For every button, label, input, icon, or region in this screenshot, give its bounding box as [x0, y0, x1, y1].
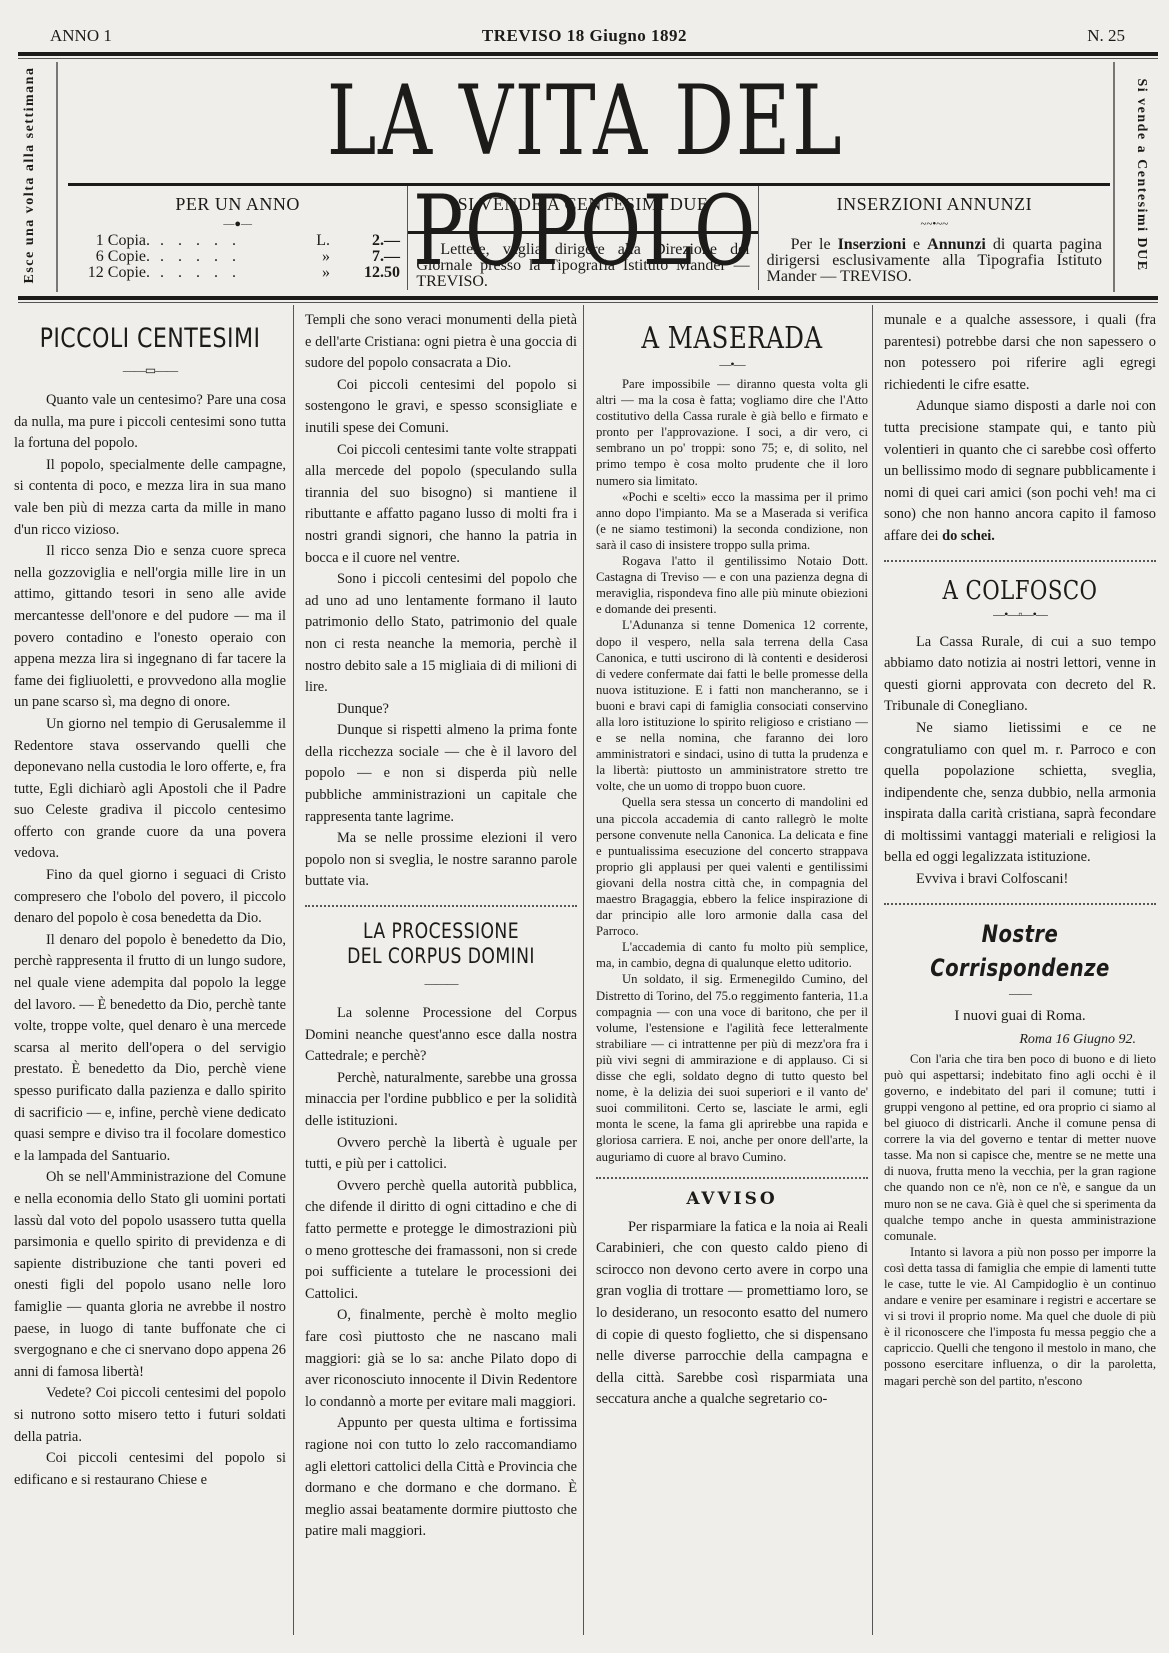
paragraph: Con l'aria che tira ben poco di buono e …: [884, 1051, 1156, 1244]
divider: [884, 560, 1156, 562]
paragraph: Pare impossibile — diranno questa volta …: [596, 376, 868, 489]
column-rule: [583, 305, 584, 1635]
paragraph: Coi piccoli centesimi del popolo si sost…: [305, 375, 577, 440]
price-list: 1 Copia......L.2.—6 Copie......»7.—12 Co…: [80, 233, 407, 281]
paragraph: Evviva i bravi Colfoscani!: [884, 869, 1156, 891]
article-body: La solenne Processione del Corpus Domini…: [305, 1003, 577, 1543]
paragraph: Fino da quel giorno i seguaci di Cristo …: [14, 865, 286, 930]
paragraph: Vedete? Coi piccoli centesimi del popolo…: [14, 1383, 286, 1448]
paragraph: Coi piccoli centesimi del popolo si edif…: [14, 1448, 286, 1491]
place-date: TREVISO 18 Giugno 1892: [0, 26, 1169, 46]
paragraph: La Cassa Rurale, di cui a suo tempo abbi…: [884, 632, 1156, 718]
price-row: 1 Copia......L.2.—: [80, 233, 407, 249]
article-body: Pare impossibile — diranno questa volta …: [596, 376, 868, 1165]
paragraph: Ma se nelle prossime elezioni il vero po…: [305, 828, 577, 893]
article-title: A COLFOSCO: [908, 574, 1131, 608]
divider: [884, 903, 1156, 905]
ads-box-title: INSERZIONI ANNUNZI: [759, 194, 1110, 215]
paragraph: O, finalmente, perchè è molto meglio far…: [305, 1305, 577, 1413]
column-rule: [872, 305, 873, 1635]
paragraph: La solenne Processione del Corpus Domini…: [305, 1003, 577, 1068]
paragraph: Dunque?: [305, 699, 577, 721]
paragraph: Quella sera stessa un concerto di mandol…: [596, 794, 868, 939]
ornament: —•—▫—•—: [884, 608, 1156, 620]
paragraph: Per risparmiare la fatica e la noia ai R…: [596, 1217, 868, 1411]
ads-box-text: Per le Inserzioni e Annunzi di quarta pa…: [767, 237, 1102, 285]
divider: [18, 52, 1158, 56]
article-body: Quanto vale un centesimo? Pare una cosa …: [14, 390, 286, 1491]
divider: [56, 62, 58, 292]
issue-number: N. 25: [1087, 26, 1125, 46]
ornament: ~~•~~: [759, 219, 1110, 229]
ads-box: INSERZIONI ANNUNZI ~~•~~ Per le Inserzio…: [759, 186, 1110, 290]
paragraph: Ovvero perchè quella autorità pubblica, …: [305, 1176, 577, 1306]
column-3: A MASERADA —•— Pare impossibile — dirann…: [596, 310, 868, 1411]
price-row: 12 Copie......»12.50: [80, 265, 407, 281]
paragraph: Coi piccoli centesimi tante volte strapp…: [305, 440, 577, 570]
paragraph: Un soldato, il sig. Ermenegildo Cumino, …: [596, 971, 868, 1164]
price-row: 6 Copie......»7.—: [80, 249, 407, 265]
paragraph: Templi che sono veraci monumenti della p…: [305, 310, 577, 375]
divider: [18, 302, 1158, 303]
paragraph: «Pochi e scelti» ecco la massima per il …: [596, 489, 868, 553]
article-body: Per risparmiare la fatica e la noia ai R…: [596, 1217, 868, 1411]
subscription-title: PER UN ANNO: [68, 194, 407, 215]
paragraph: Il ricco senza Dio e senza cuore spreca …: [14, 541, 286, 714]
paragraph: Ne siamo lietissimi e ce ne congratuliam…: [884, 718, 1156, 869]
paragraph: L'accademia di canto fu molto più sempli…: [596, 939, 868, 971]
article-title: Nostre Corrispondenze: [908, 917, 1131, 985]
article-title: PICCOLI CENTESIMI: [38, 322, 261, 356]
divider: [18, 58, 1158, 59]
paragraph: Adunque siamo disposti a darle noi con t…: [884, 396, 1156, 547]
price-box-title: SI VENDE A CENTESIMI DUE: [408, 194, 757, 215]
paragraph: munale e a qualche assessore, i quali (f…: [884, 310, 1156, 396]
paragraph: Sono i piccoli centesimi del popolo che …: [305, 569, 577, 699]
price-box-text: Lettere, vaglia dirigere alla Direzione …: [416, 242, 749, 290]
column-2: Templi che sono veraci monumenti della p…: [305, 310, 577, 1543]
ornament: —•—: [596, 358, 868, 370]
divider: [18, 296, 1158, 300]
ornament: ——: [884, 987, 1156, 999]
price-box: SI VENDE A CENTESIMI DUE Lettere, vaglia…: [407, 186, 758, 290]
paragraph: Ovvero perchè la libertà è uguale per tu…: [305, 1133, 577, 1176]
article-body: Con l'aria che tira ben poco di buono e …: [884, 1051, 1156, 1389]
paragraph: Rogava l'atto il gentilissimo Notaio Dot…: [596, 553, 868, 617]
article-title: A MASERADA: [620, 322, 843, 356]
paragraph: Un giorno nel tempio di Gerusalemme il R…: [14, 714, 286, 865]
article-body-continued: Templi che sono veraci monumenti della p…: [305, 310, 577, 893]
paragraph: L'Adunanza si tenne Domenica 12 corrente…: [596, 617, 868, 794]
paragraph: Appunto per questa ultima e fortissima r…: [305, 1413, 577, 1543]
divider: [1113, 62, 1115, 292]
paragraph: Quanto vale un centesimo? Pare una cosa …: [14, 390, 286, 455]
ornament: ———: [305, 977, 577, 989]
column-1: PICCOLI CENTESIMI ——▭—— Quanto vale un c…: [14, 310, 286, 1491]
article-title: AVVISO: [596, 1187, 868, 1211]
article-subtitle: I nuovi guai di Roma.: [884, 1005, 1156, 1027]
paragraph: Il popolo, specialmente delle campagne, …: [14, 455, 286, 541]
paragraph: Oh se nell'Amministrazione del Comune e …: [14, 1167, 286, 1383]
divider: [596, 1177, 868, 1179]
column-4: munale e a qualche assessore, i quali (f…: [884, 310, 1156, 1389]
ornament: ——▭——: [14, 364, 286, 376]
article-title: LA PROCESSIONEDEL CORPUS DOMINI: [329, 919, 552, 969]
side-note-left: Esce una volta alla settimana: [12, 60, 48, 290]
ornament: —●—: [68, 219, 407, 229]
paragraph: Il denaro del popolo è benedetto da Dio,…: [14, 930, 286, 1168]
issue-info-bar: ANNO 1 TREVISO 18 Giugno 1892 N. 25: [0, 26, 1169, 48]
paragraph: Dunque si rispetti almeno la prima fonte…: [305, 720, 577, 828]
dateline: Roma 16 Giugno 92.: [884, 1029, 1156, 1051]
article-body: La Cassa Rurale, di cui a suo tempo abbi…: [884, 632, 1156, 891]
paragraph: Intanto si lavora a più non posso per im…: [884, 1244, 1156, 1389]
info-boxes: PER UN ANNO —●— 1 Copia......L.2.—6 Copi…: [68, 186, 1110, 290]
article-body-continued: munale e a qualche assessore, i quali (f…: [884, 310, 1156, 548]
column-rule: [293, 305, 294, 1635]
side-note-right: Si vende a Centesimi DUE: [1123, 60, 1159, 290]
divider: [305, 905, 577, 907]
paragraph: Perchè, naturalmente, sarebbe una grossa…: [305, 1068, 577, 1133]
subscription-box: PER UN ANNO —●— 1 Copia......L.2.—6 Copi…: [68, 186, 407, 290]
